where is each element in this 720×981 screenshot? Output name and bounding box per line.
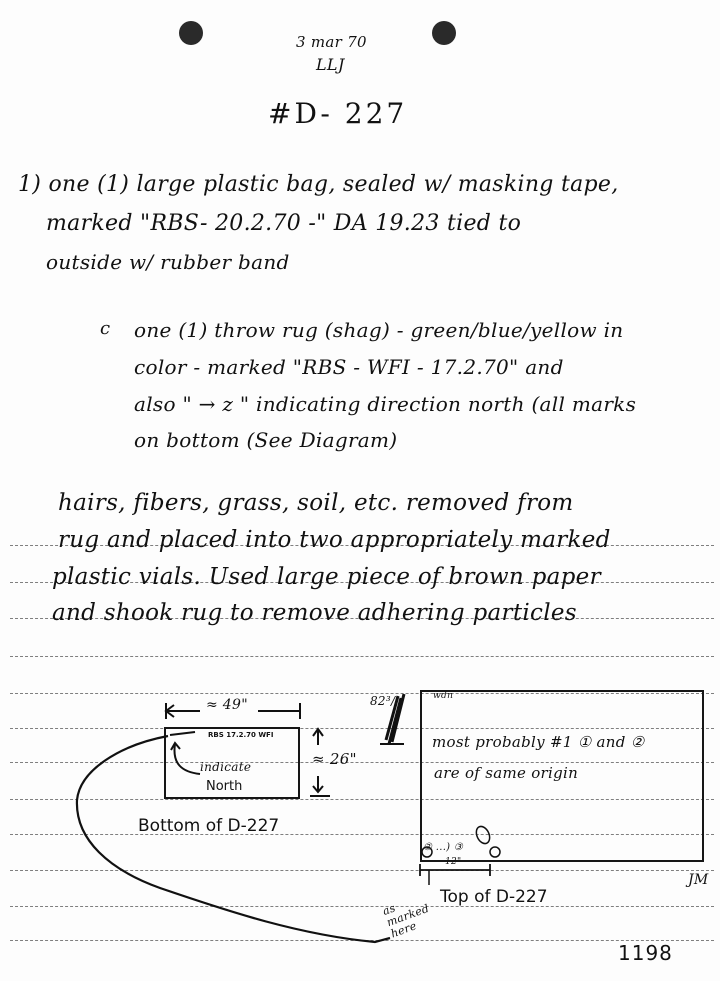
document-page: 3 mar 70 LLJ #D- 227 1) one (1) large pl…: [0, 0, 720, 981]
diagram-strokes: [0, 0, 720, 981]
